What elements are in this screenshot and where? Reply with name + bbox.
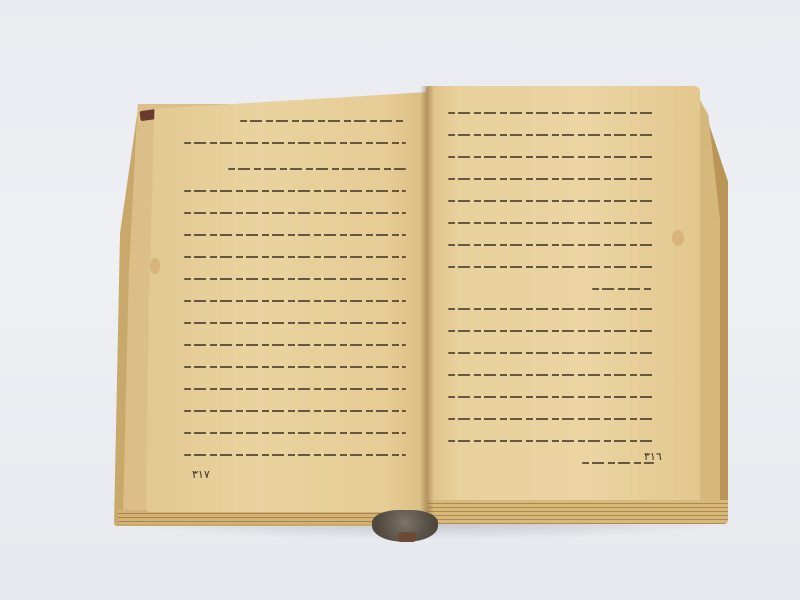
right-page-edges (428, 500, 728, 524)
right-page-text (448, 112, 654, 484)
paper-stain (150, 258, 160, 274)
right-page-number: ٣١٦ (644, 450, 662, 463)
headband-tip (398, 532, 416, 542)
book-gutter (420, 86, 434, 516)
left-page-text (184, 120, 406, 476)
book-photo-scene: ٣١٧ ٣١٦ (0, 0, 800, 600)
paper-stain (672, 230, 684, 246)
left-page-number: ٣١٧ (192, 468, 210, 481)
